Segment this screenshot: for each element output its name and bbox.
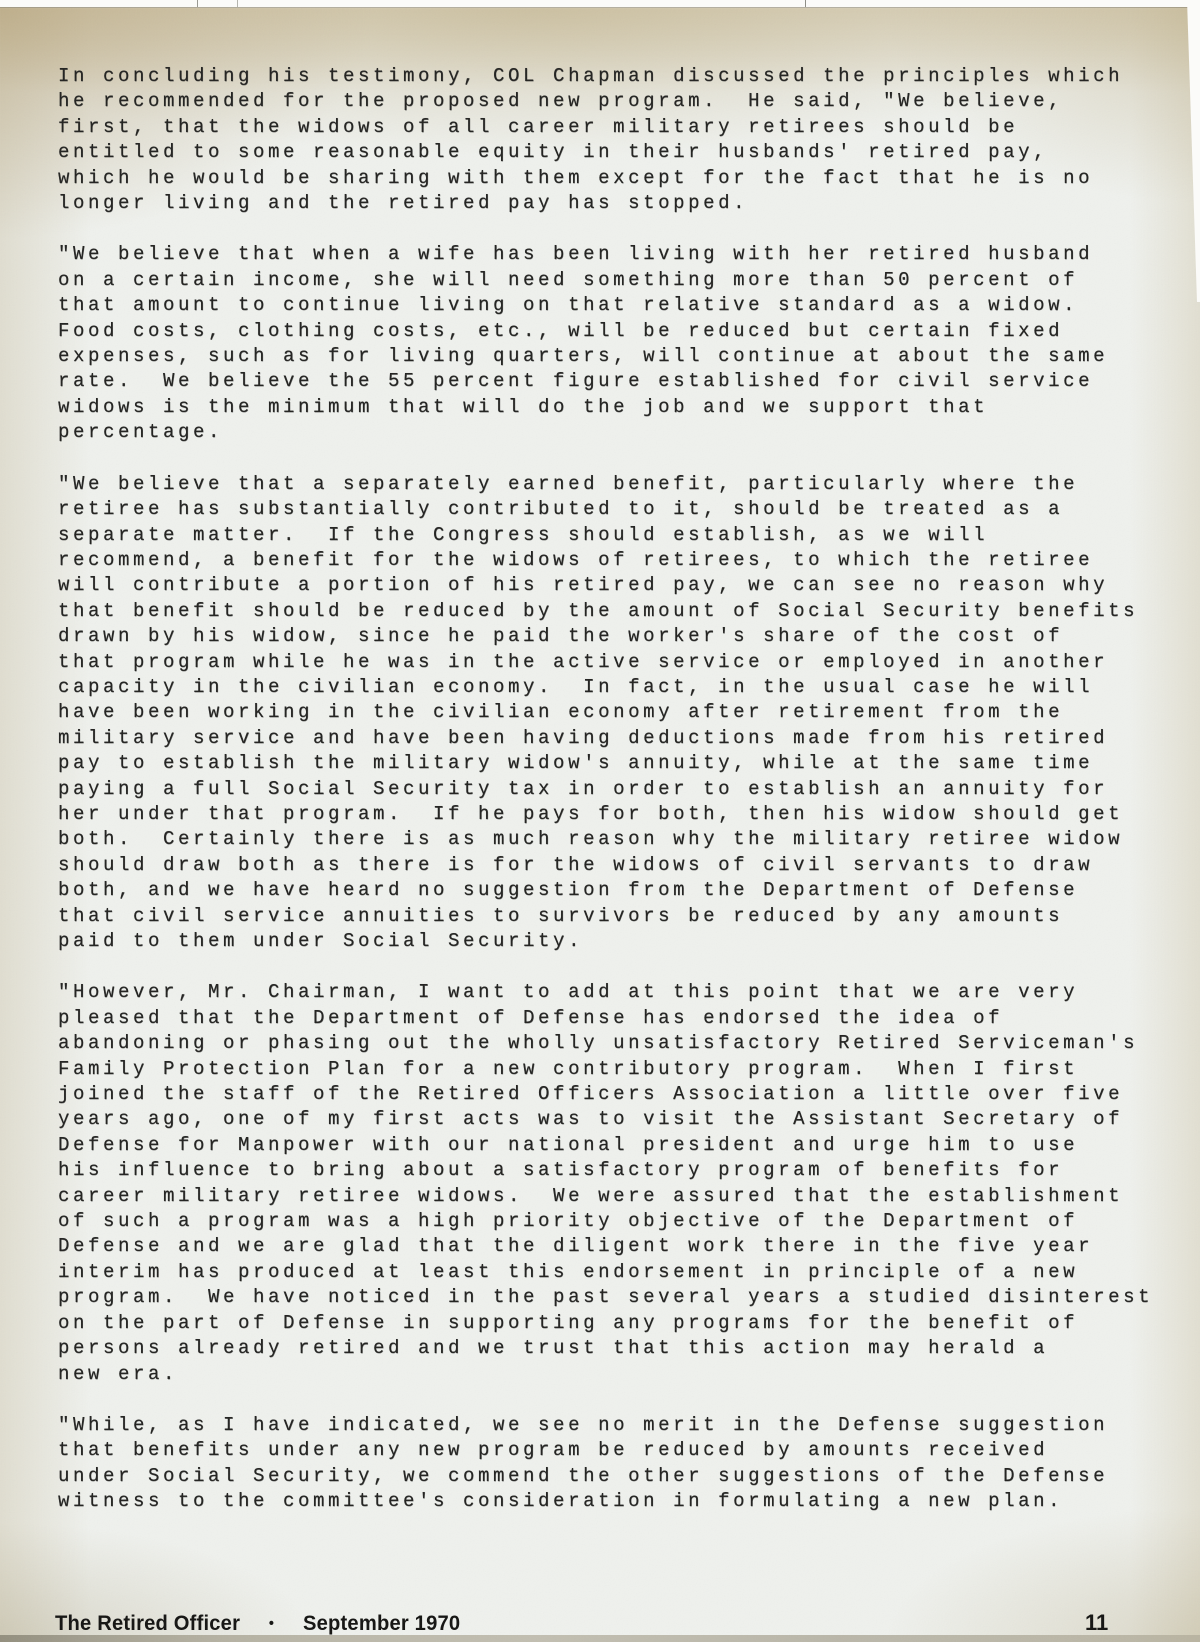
scanned-page: In concluding his testimony, COL Chapman… xyxy=(0,0,1200,1642)
page-number: 11 xyxy=(1085,1610,1108,1636)
scan-bottom-edge xyxy=(0,1635,1200,1642)
footer-issue-date: September 1970 xyxy=(303,1612,460,1636)
footer: The Retired Officer • September 1970 xyxy=(55,1612,460,1636)
paragraph: "We believe that a separately earned ben… xyxy=(58,472,1156,955)
body-text: In concluding his testimony, COL Chapman… xyxy=(58,64,1156,1541)
paper-sheet: In concluding his testimony, COL Chapman… xyxy=(0,7,1200,1642)
footer-publication-title: The Retired Officer xyxy=(55,1612,240,1636)
paragraph: "While, as I have indicated, we see no m… xyxy=(58,1413,1156,1515)
paragraph: "However, Mr. Chairman, I want to add at… xyxy=(58,980,1156,1387)
footer-bullet-separator: • xyxy=(269,1615,274,1632)
paragraph: In concluding his testimony, COL Chapman… xyxy=(58,64,1156,216)
paragraph: "We believe that when a wife has been li… xyxy=(58,242,1156,445)
